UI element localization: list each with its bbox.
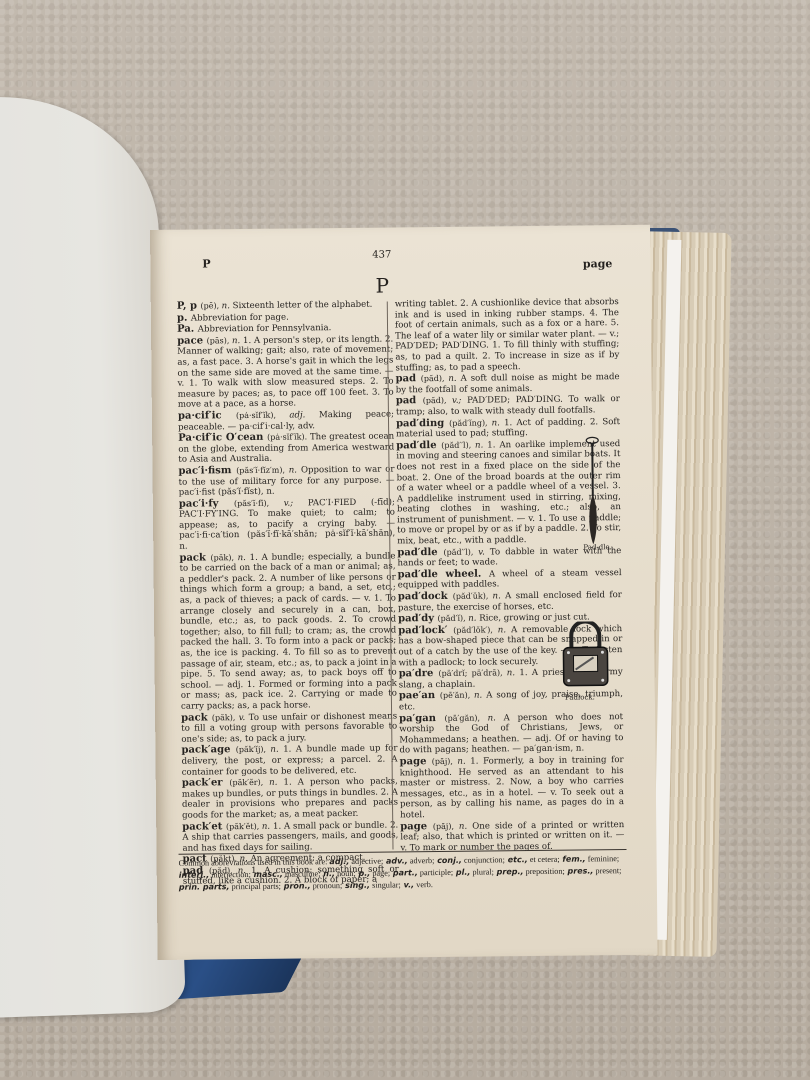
entry-pronunciation: (păd′′l), [441,440,475,449]
dictionary-entry: pack (păk), n. 1. A bundle; especially, … [179,551,397,712]
dictionary-entry: p. Abbreviation for page. [177,311,393,324]
entry-part-of-speech: n. [262,821,273,831]
entry-headword: pad′dy [398,613,438,624]
entry-headword: pack [179,552,210,563]
entry-definition: Abbreviation for Pennsylvania. [198,323,332,334]
entry-pronunciation: (păk′ẽr), [229,778,269,787]
entry-headword: pad′ding [396,417,449,429]
right-column: writing tablet. 2. A cushionlike device … [395,297,625,855]
entry-part-of-speech: n. [488,713,504,723]
abbreviation-term: p., [356,869,371,878]
dictionary-entry: pad′dle wheel. A wheel of a steam vessel… [398,568,622,592]
abbreviation-meaning: verb. [414,880,433,889]
entry-pronunciation: (păd), [421,374,449,383]
abbreviation-meaning: present; [593,866,621,875]
guide-word: page [583,257,613,270]
dictionary-entry: pack′et (păk′ĕt), n. 1. A small pack or … [182,820,398,854]
entry-part-of-speech: v. [239,713,249,723]
entry-pronunciation: (pȧ·sĭf′ĭk). [267,432,310,441]
entry-pronunciation: (păd′′l), [443,547,478,556]
entry-headword: page [400,821,433,832]
entry-pronunciation: (păd), [423,396,452,405]
dictionary-entry: pad′dock (păd′ŭk), n. A small enclosed f… [398,590,622,614]
dictionary-entry: P, p (pē), n. Sixteenth letter of the al… [177,299,393,312]
abbreviations-footer: Common abbreviations used in this book a… [179,853,627,894]
entry-pronunciation: (păk′ĕt), [226,821,262,830]
entry-pronunciation: (pā′găn), [444,713,487,722]
entry-headword: pa′dre [399,668,439,679]
abbreviation-meaning: adverb; [408,856,435,865]
abbreviation-term: v., [401,880,415,889]
entry-part-of-speech: n. [269,778,283,788]
entry-headword: pad′lock′ [398,625,453,637]
dictionary-entry: pa′gan (pā′găn), n. A person who does no… [399,712,623,757]
entry-headword: pa·cif′ic [178,410,236,422]
dictionary-entry: Pa. Abbreviation for Pennsylvania. [177,323,393,336]
entry-part-of-speech: n. [459,821,472,831]
entry-headword: pack′age [181,744,235,756]
entry-part-of-speech: adj. [289,410,319,420]
entry-headword: pad [396,395,423,406]
entry-part-of-speech: v.; [452,396,467,406]
entry-headword: pad′dle [397,547,443,558]
abbreviation-term: pron., [281,881,311,890]
entry-headword: pac′i·fism [178,465,236,477]
abbreviation-meaning: masculine; [283,869,321,878]
dictionary-entry: pace (pās), n. 1. A person's step, or it… [177,334,394,410]
abbreviation-term: pres., [565,866,594,875]
entry-pronunciation: (păd′ŭk), [453,591,493,600]
entry-part-of-speech: n. [492,418,505,428]
entry-part-of-speech: n. [468,614,479,624]
abbreviation-term: prin. parts, [179,882,230,892]
entry-part-of-speech: n. [222,301,233,311]
entry-headword: pad [396,373,421,384]
abbreviation-term: fem., [560,854,586,863]
entry-pronunciation: (păd′ĭ), [437,614,468,623]
abbreviation-term: conj., [434,856,462,865]
abbreviation-meaning: page; [370,869,390,878]
dictionary-entry: pack′age (păk′ĭj), n. 1. A bundle made u… [181,744,397,778]
entry-part-of-speech: n. [289,465,301,475]
entry-part-of-speech: n. [457,757,470,767]
dictionary-entry: writing tablet. 2. A cushionlike device … [395,297,620,373]
dictionary-entry: pad (păd), n. A soft dull noise as might… [396,372,620,396]
entry-part-of-speech: v.; [284,498,308,508]
abbreviation-meaning: interjection; [209,870,251,879]
padlock-illustration-icon [559,621,612,688]
entry-definition: Sixteenth letter of the alphabet. [233,300,373,311]
abbreviation-term: interj., [179,870,210,879]
entry-headword: pack′er [182,777,230,788]
entry-headword: pa′gan [399,713,444,724]
entry-part-of-speech: n. [270,745,283,755]
abbreviation-meaning: plural; [470,867,494,876]
entry-part-of-speech: n. [474,691,486,701]
dictionary-entry: pad (păd), v.; PAD′DED; PAD′DING. To wal… [396,394,620,418]
abbreviation-meaning: noun; [335,869,356,878]
entry-definition: 1. A person's step, or its length. 2. Ma… [177,334,394,410]
dictionary-entry: pac′i·fism (păs′ĭ·fĭz′m), n. Opposition … [178,464,394,498]
entry-pronunciation: (păk), [210,553,237,562]
entry-pronunciation: (pȧ·sĭf′ĭk), [236,410,290,420]
entry-part-of-speech: n. [507,668,520,678]
abbreviation-meaning: pronoun; [311,881,343,890]
entry-pronunciation: (păk′ĭj), [236,745,271,754]
abbreviation-meaning: participle; [418,868,453,877]
abbreviation-term: etc., [505,855,528,864]
dictionary-entry: Pa·cif′ic O′cean (pȧ·sĭf′ĭk). The greate… [178,432,394,466]
entry-pronunciation: (păs′ĭ·fĭz′m), [236,465,289,475]
entry-pronunciation: (pē′ăn), [440,691,474,700]
entry-pronunciation: (pāj), [433,821,459,830]
entry-part-of-speech: n. [498,625,511,635]
entry-part-of-speech: n. [238,553,250,563]
entry-definition: 1. A bundle; especially, a bundle to be … [179,551,396,712]
abbreviation-meaning: adjective; [349,857,383,866]
paddle-illustration-icon [584,436,601,546]
entry-part-of-speech: n. [448,374,460,384]
running-head: P 437 page [202,253,612,277]
entry-headword: pad′dle wheel. [398,568,489,580]
entry-pronunciation: (pās), [207,336,232,345]
entry-headword: pac′i·fy [179,498,234,510]
entry-headword: pace [177,335,207,346]
entry-headword: p. [177,312,191,323]
entry-part-of-speech: n. [492,591,505,601]
dictionary-entry: pac′i·fy (păs′ĭ·fī), v.; PAC′I·FIED (-fī… [179,497,396,552]
entry-pronunciation: (păs′ĭ·fī), [234,498,284,508]
page-edge-highlight [653,240,682,940]
entry-part-of-speech: n. [232,336,243,346]
abbreviation-term: pl., [453,868,470,877]
abbreviation-meaning: principal parts; [229,882,280,892]
dictionary-page: P 437 page P P, p (pē), n. Sixteenth let… [150,225,658,960]
section-letter: P [375,274,389,298]
paddle-caption: Pad-dle. [583,543,612,551]
entry-headword: page [400,756,432,767]
padlock-caption: Padlock. [565,693,595,701]
entry-definition: writing tablet. 2. A cushionlike device … [395,297,620,373]
entry-pronunciation: (păd′lŏk′), [453,625,498,634]
entry-pronunciation: (pē), [200,301,221,310]
abbreviation-meaning: preposition; [523,867,564,876]
abbreviation-term: n., [320,869,335,878]
entry-part-of-speech: v. [478,547,490,557]
dictionary-entry: page (pāj), n. 1. Formerly, a boy in tra… [400,755,625,821]
entry-definition: Abbreviation for page. [191,312,289,323]
dictionary-entry: pack (păk), v. To use unfair or dishones… [181,711,397,745]
dictionary-entry: pack′er (păk′ẽr), n. 1. A person who pac… [182,777,398,822]
abbreviation-term: part., [390,868,418,877]
abbreviation-term: prep., [494,867,524,876]
entry-part-of-speech: n. [475,440,487,450]
abbreviation-meaning: singular; [370,880,401,889]
entry-headword: Pa·cif′ic O′cean [178,432,267,444]
dictionary-entry: pa·cif′ic (pȧ·sĭf′ĭk), adj. Making peace… [178,409,394,432]
page-number: 437 [372,249,391,260]
left-column: P, p (pē), n. Sixteenth letter of the al… [177,299,399,888]
entry-headword: pad′dle [396,440,441,451]
entry-pronunciation: (pāj), [432,757,458,766]
entry-pronunciation: (pä′drĭ; pä′drā), [438,668,506,678]
entry-headword: P, p [177,300,201,311]
abbreviation-term: masc., [251,870,283,879]
guide-letter: P [202,257,210,270]
entry-pronunciation: (păk), [212,713,239,722]
abbreviation-term: sing., [342,881,370,890]
entry-headword: pack′et [182,821,226,832]
entry-headword: pad′dock [398,591,453,603]
abbreviation-term: adj., [329,857,349,866]
entry-headword: pae′an [399,690,440,701]
footer-intro: Common abbreviations used in this book a… [179,857,328,868]
entry-pronunciation: (păd′ĭng), [449,418,492,427]
entry-headword: Pa. [177,324,198,335]
entry-headword: pack [181,712,212,723]
abbreviation-meaning: conjunction; [462,855,505,864]
abbreviation-meaning: et cetera; [528,855,560,864]
abbreviation-term: adv., [383,856,408,865]
abbreviation-meaning: feminine; [586,854,620,863]
